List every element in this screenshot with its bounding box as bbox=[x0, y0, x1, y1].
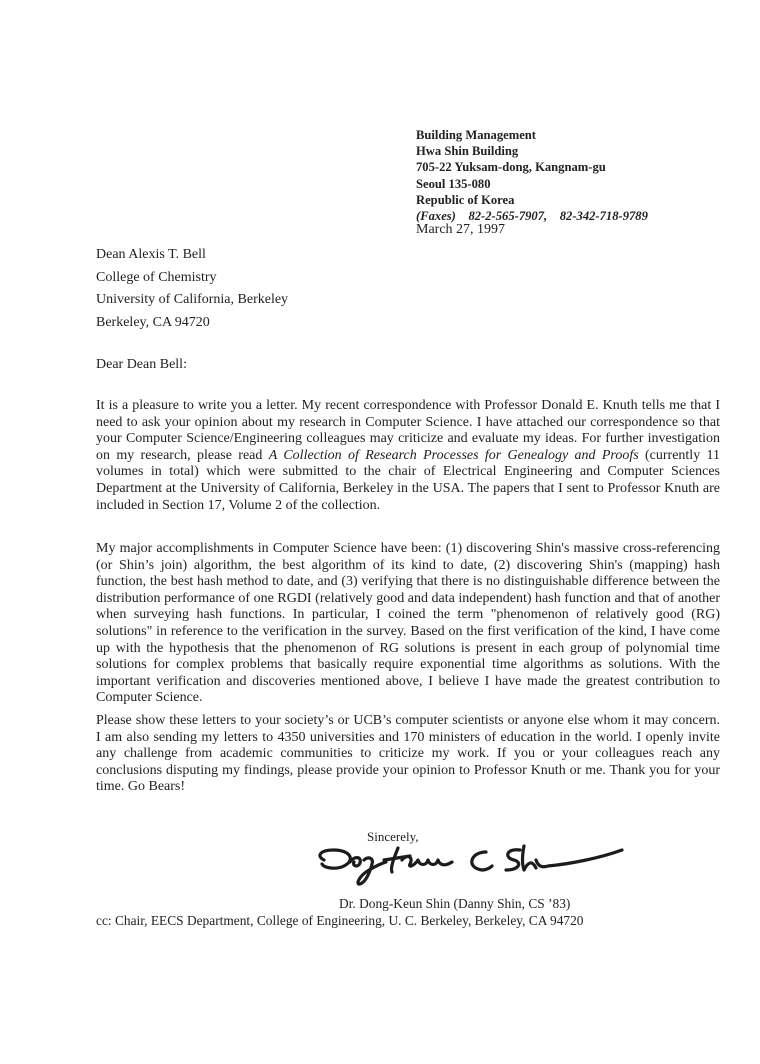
letter-date: March 27, 1997 bbox=[416, 222, 505, 238]
recipient-line: University of California, Berkeley bbox=[96, 289, 288, 312]
letterhead-line: Hwa Shin Building bbox=[416, 143, 648, 159]
paragraph-3: Please show these letters to your societ… bbox=[96, 713, 720, 796]
letterhead: Building Management Hwa Shin Building 70… bbox=[416, 127, 648, 224]
paragraph-1: It is a pleasure to write you a letter. … bbox=[96, 398, 720, 514]
recipient-line: Berkeley, CA 94720 bbox=[96, 312, 288, 335]
letterhead-line: Republic of Korea bbox=[416, 192, 648, 208]
signer-name: Dr. Dong-Keun Shin (Danny Shin, CS ’83) bbox=[339, 896, 570, 912]
recipient-line: Dean Alexis T. Bell bbox=[96, 244, 288, 267]
letterhead-line: 705-22 Yuksam-dong, Kangnam-gu bbox=[416, 159, 648, 175]
paragraph-2: My major accomplishments in Computer Sci… bbox=[96, 541, 720, 707]
recipient-line: College of Chemistry bbox=[96, 267, 288, 290]
letterhead-line: Building Management bbox=[416, 127, 648, 143]
cc-line: cc: Chair, EECS Department, College of E… bbox=[96, 913, 583, 929]
recipient-address: Dean Alexis T. Bell College of Chemistry… bbox=[96, 244, 288, 334]
signature-icon bbox=[310, 838, 630, 888]
salutation: Dear Dean Bell: bbox=[96, 357, 187, 373]
letterhead-line: Seoul 135-080 bbox=[416, 176, 648, 192]
collection-title: A Collection of Research Processes for G… bbox=[269, 448, 639, 463]
